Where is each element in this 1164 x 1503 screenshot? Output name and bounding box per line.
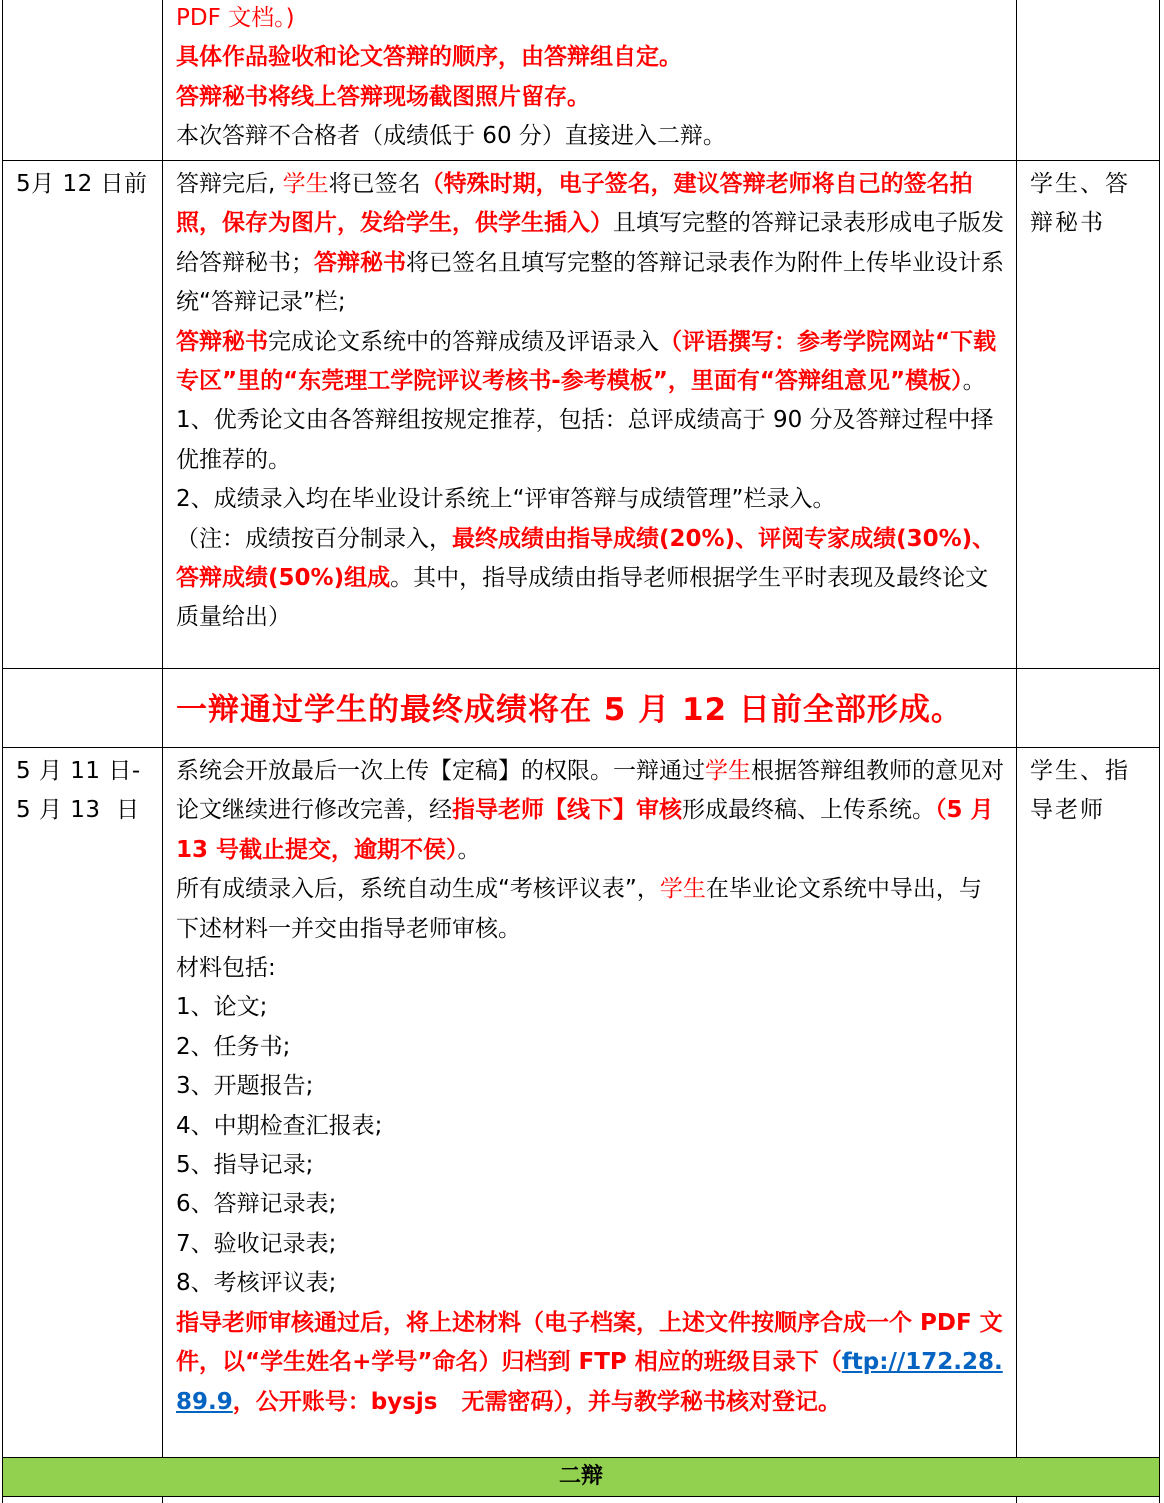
text-run: 完成论文系统中的答辩成绩及评语录入 — [268, 329, 659, 355]
content-cell — [163, 1497, 1017, 1503]
date-cell: 5月 12 日前 — [3, 161, 163, 669]
material-item: 1、论文; — [176, 988, 1004, 1027]
text-run-highlight: 学生 — [283, 171, 329, 197]
table-row-next — [3, 1497, 1160, 1503]
role-cell — [1017, 1497, 1160, 1503]
paragraph-evaluation-form: 所有成绩录入后，系统自动生成“考核评议表”，学生在毕业论文系统中导出，与下述材料… — [176, 870, 1004, 949]
material-item: 4、中期检查汇报表; — [176, 1107, 1004, 1146]
role-cell: 学生、答辩秘书 — [1017, 161, 1160, 669]
content-line: 答辩秘书将线上答辩现场截图照片留存。 — [176, 78, 1004, 117]
paragraph-grade-entry: 答辩秘书完成论文系统中的答辩成绩及评语录入（评语撰写：参考学院网站“下载专区”里… — [176, 323, 1004, 402]
text-run: 所有成绩录入后，系统自动生成“考核评议表”， — [176, 876, 660, 902]
section-header-row: 二辩 — [3, 1458, 1160, 1497]
table-row-banner: 一辩通过学生的最终成绩将在 5 月 12 日前全部形成。 — [3, 669, 1160, 748]
role-cell — [1017, 669, 1160, 748]
date-cell — [3, 0, 163, 161]
material-item: 7、验收记录表; — [176, 1225, 1004, 1264]
date-start: 5 月 11 日- — [16, 752, 150, 791]
text-run: （注：成绩按百分制录入， — [176, 526, 452, 552]
text-run-highlight: 学生 — [705, 758, 751, 784]
text-run: ，公开账号：bysjs 无需密码），并与教学秘书核对登记。 — [233, 1389, 841, 1415]
material-item: 3、开题报告; — [176, 1067, 1004, 1106]
content-cell: 系统会开放最后一次上传【定稿】的权限。一辩通过学生根据答辩组教师的意见对论文继续… — [163, 748, 1017, 1458]
text-run: 将已签名 — [329, 171, 421, 197]
date-cell — [3, 669, 163, 748]
text-run-highlight: 答辩秘书 — [176, 329, 268, 355]
text-run-highlight: 学生 — [660, 876, 706, 902]
text-run-highlight: 指导老师【线下】审核 — [452, 797, 682, 823]
text-run: 答辩完后, — [176, 171, 283, 197]
date-cell — [3, 1497, 163, 1503]
materials-label: 材料包括: — [176, 949, 1004, 988]
table-row-defense-continued: PDF 文档。) 具体作品验收和论文答辩的顺序，由答辩组自定。 答辩秘书将线上答… — [3, 0, 1160, 161]
item-grade-system: 2、成绩录入均在毕业设计系统上“评审答辩与成绩管理”栏录入。 — [176, 480, 1004, 519]
banner-cell: 一辩通过学生的最终成绩将在 5 月 12 日前全部形成。 — [163, 669, 1017, 748]
material-item: 2、任务书; — [176, 1028, 1004, 1067]
role-cell — [1017, 0, 1160, 161]
material-item: 8、考核评议表; — [176, 1264, 1004, 1303]
role-cell: 学生、指导老师 — [1017, 748, 1160, 1458]
table-row-may-11-13: 5 月 11 日- 5 月 13 日 系统会开放最后一次上传【定稿】的权限。一辩… — [3, 748, 1160, 1458]
text-run: 系统会开放最后一次上传【定稿】的权限。一辩通过 — [176, 758, 705, 784]
section-header-second-defense: 二辩 — [3, 1458, 1160, 1497]
final-grade-banner: 一辩通过学生的最终成绩将在 5 月 12 日前全部形成。 — [176, 673, 1004, 747]
item-excellent-thesis: 1、优秀论文由各答辩组按规定推荐，包括：总评成绩高于 90 分及答辩过程中择优推… — [176, 401, 1004, 480]
material-item: 6、答辩记录表; — [176, 1185, 1004, 1224]
content-line: 具体作品验收和论文答辩的顺序，由答辩组自定。 — [176, 38, 1004, 77]
content-cell: PDF 文档。) 具体作品验收和论文答辩的顺序，由答辩组自定。 答辩秘书将线上答… — [163, 0, 1017, 161]
text-run: 形成最终稿、上传系统。 — [682, 797, 935, 823]
note-grade-composition: （注：成绩按百分制录入，最终成绩由指导成绩(20%)、评阅专家成绩(30%)、答… — [176, 520, 1004, 638]
content-line: 本次答辩不合格者（成绩低于 60 分）直接进入二辩。 — [176, 117, 1004, 156]
material-item: 5、指导记录; — [176, 1146, 1004, 1185]
schedule-table: PDF 文档。) 具体作品验收和论文答辩的顺序，由答辩组自定。 答辩秘书将线上答… — [2, 0, 1160, 1503]
content-line: PDF 文档。) — [176, 0, 1004, 38]
text-run: 。 — [458, 837, 481, 863]
date-cell: 5 月 11 日- 5 月 13 日 — [3, 748, 163, 1458]
date-end: 5 月 13 日 — [16, 791, 150, 830]
content-cell: 答辩完后, 学生将已签名（特殊时期，电子签名，建议答辩老师将自己的签名拍照，保存… — [163, 161, 1017, 669]
paragraph-final-upload: 系统会开放最后一次上传【定稿】的权限。一辩通过学生根据答辩组教师的意见对论文继续… — [176, 752, 1004, 870]
text-run: 。 — [963, 368, 986, 394]
paragraph-signature: 答辩完后, 学生将已签名（特殊时期，电子签名，建议答辩老师将自己的签名拍照，保存… — [176, 165, 1004, 323]
paragraph-archive-ftp: 指导老师审核通过后，将上述材料（电子档案，上述文件按顺序合成一个 PDF 文件，… — [176, 1304, 1004, 1422]
table-row-may-12: 5月 12 日前 答辩完后, 学生将已签名（特殊时期，电子签名，建议答辩老师将自… — [3, 161, 1160, 669]
text-run-highlight: 答辩秘书 — [314, 250, 406, 276]
